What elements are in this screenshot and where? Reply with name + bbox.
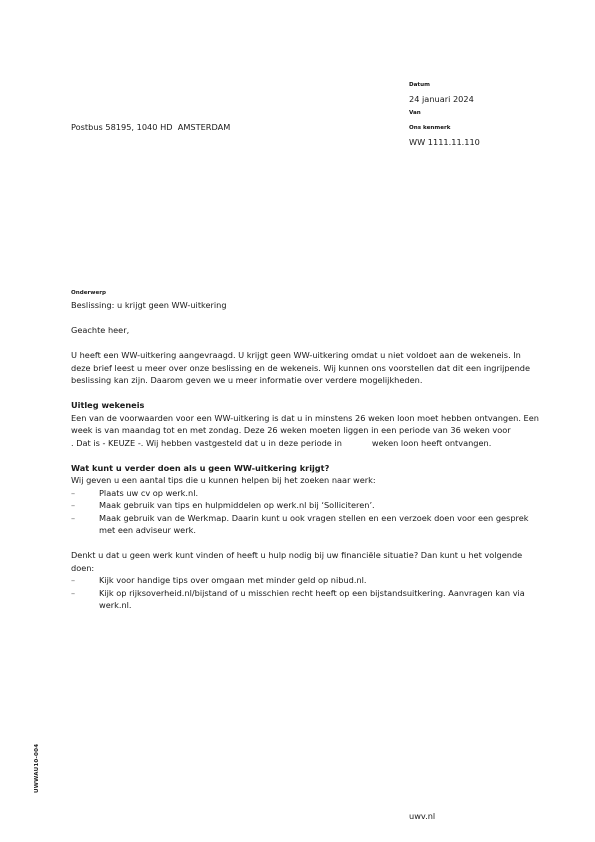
date-label: Datum bbox=[409, 82, 430, 89]
financial-help-list: –Kijk voor handige tips over omgaan met … bbox=[71, 574, 541, 612]
dash-bullet-icon: – bbox=[71, 587, 75, 600]
section-heading-wekeneis: Uitleg wekeneis bbox=[71, 399, 541, 412]
list-item: –Kijk op rijksoverheid.nl/bijstand of u … bbox=[71, 587, 541, 612]
list-item: –Plaats uw cv op werk.nl. bbox=[71, 487, 541, 500]
dash-bullet-icon: – bbox=[71, 574, 75, 587]
wekeneis-paragraph: Een van de voorwaarden voor een WW-uitke… bbox=[71, 412, 541, 450]
tips-list: –Plaats uw cv op werk.nl. –Maak gebruik … bbox=[71, 487, 541, 537]
reference-value: WW 1111.11.110 bbox=[409, 137, 480, 148]
letter-page: Datum 24 januari 2024 Van Ons kenmerk WW… bbox=[0, 0, 595, 842]
footer-website: uwv.nl bbox=[409, 811, 435, 822]
tips-intro: Wij geven u een aantal tips die u kunnen… bbox=[71, 474, 541, 487]
dash-bullet-icon: – bbox=[71, 487, 75, 500]
wekeneis-text-1: Een van de voorwaarden voor een WW-uitke… bbox=[71, 413, 539, 436]
dash-bullet-icon: – bbox=[71, 512, 75, 525]
list-item: –Maak gebruik van tips en hulpmiddelen o… bbox=[71, 499, 541, 512]
reference-label: Ons kenmerk bbox=[409, 125, 450, 132]
letter-body: Onderwerp Beslissing: u krijgt geen WW-u… bbox=[71, 290, 541, 624]
intro-paragraph: U heeft een WW-uitkering aangevraagd. U … bbox=[71, 349, 541, 387]
list-item: –Maak gebruik van de Werkmap. Daarin kun… bbox=[71, 512, 541, 537]
section-heading-next-steps: Wat kunt u verder doen als u geen WW-uit… bbox=[71, 462, 541, 475]
date-value: 24 januari 2024 bbox=[409, 94, 474, 105]
financial-help-intro: Denkt u dat u geen werk kunt vinden of h… bbox=[71, 549, 541, 574]
wekeneis-text-3: weken loon heeft ontvangen. bbox=[372, 438, 491, 448]
from-label: Van bbox=[409, 110, 421, 117]
subject-label: Onderwerp bbox=[71, 290, 541, 297]
wekeneis-text-2: . Dat is - KEUZE -. Wij hebben vastgeste… bbox=[71, 438, 342, 448]
dash-bullet-icon: – bbox=[71, 499, 75, 512]
subject: Beslissing: u krijgt geen WW-uitkering bbox=[71, 299, 541, 312]
return-address: Postbus 58195, 1040 HD AMSTERDAM bbox=[71, 122, 230, 133]
list-item: –Kijk voor handige tips over omgaan met … bbox=[71, 574, 541, 587]
salutation: Geachte heer, bbox=[71, 324, 541, 337]
document-code: UWWAU10-004 bbox=[34, 744, 40, 793]
